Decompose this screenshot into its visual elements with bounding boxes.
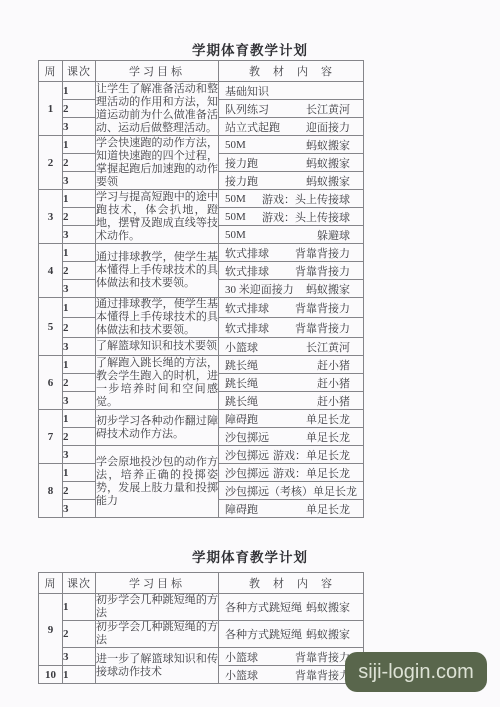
game-text: 单足长龙 bbox=[313, 483, 357, 499]
table-row: 9 1 初步学会几种跳短绳的方法 各种方式跳短绳蚂蚁搬家 bbox=[39, 594, 364, 621]
objective-cell: 学习与提高短跑中的途中跑技术，体会扒地，蹬地，摆臂及跑成直线等技术动作。 bbox=[96, 190, 219, 244]
material-text: 30 米迎面接力 bbox=[225, 281, 294, 297]
material-text: 软式排球 bbox=[225, 245, 269, 261]
content-cell: 沙包掷远游戏：单足长龙 bbox=[219, 464, 364, 482]
game-text: 赶小猪 bbox=[317, 357, 350, 373]
week-cell: 1 bbox=[39, 82, 63, 136]
content-cell: 接力跑蚂蚁搬家 bbox=[219, 172, 364, 190]
table-row: 2 1 学会快速跑的动作方法，知道快速跑的四个过程，掌握起跑后加速跑的动作要领 … bbox=[39, 136, 364, 154]
material-text: 50M bbox=[225, 193, 246, 205]
game-text: 赶小猪 bbox=[317, 393, 350, 409]
game-text: 赶小猪 bbox=[317, 375, 350, 391]
material-text: 基础知识 bbox=[225, 83, 269, 99]
game-text: 迎面接力 bbox=[306, 119, 350, 135]
teaching-plan-table-2: 周 课次 学习目标 教 材 内 容 9 1 初步学会几种跳短绳的方法 各种方式跳… bbox=[38, 572, 364, 684]
content-cell: 软式排球背靠背接力 bbox=[219, 298, 364, 318]
lesson-cell: 2 bbox=[63, 154, 96, 172]
objective-cell: 通过排球教学，使学生基本懂得上手传球技术的具体做法和技术要领。 bbox=[96, 244, 219, 298]
game-text: 背靠背接力 bbox=[295, 667, 350, 683]
week-cell: 9 bbox=[39, 594, 63, 666]
game-text: 游戏：头上传接球 bbox=[262, 209, 350, 225]
game-text: 游戏：单足长龙 bbox=[273, 447, 350, 463]
material-text: 沙包掷远 bbox=[225, 465, 269, 481]
content-cell: 50M躲避球 bbox=[219, 226, 364, 244]
week-cell: 5 bbox=[39, 298, 63, 356]
lesson-cell: 2 bbox=[63, 100, 96, 118]
objective-cell: 通过排球教学，使学生基本懂得上手传球技术的具体做法和技术要领。 bbox=[96, 298, 219, 338]
lesson-cell: 2 bbox=[63, 262, 96, 280]
lesson-cell: 2 bbox=[63, 482, 96, 500]
content-cell: 小篮球背靠背接力 bbox=[219, 648, 364, 666]
lesson-cell: 2 bbox=[63, 374, 96, 392]
page-title: 学期体育教学计划 bbox=[0, 39, 500, 59]
week-cell: 4 bbox=[39, 244, 63, 298]
lesson-cell: 1 bbox=[63, 356, 96, 374]
table-row: 3 1 学习与提高短跑中的途中跑技术，体会扒地，蹬地，摆臂及跑成直线等技术动作。… bbox=[39, 190, 364, 208]
objective-cell: 了解篮球知识和技术要领 bbox=[96, 338, 219, 356]
content-cell: 各种方式跳短绳蚂蚁搬家 bbox=[219, 621, 364, 648]
header-objective: 学习目标 bbox=[96, 573, 219, 594]
table-row: 3 了解篮球知识和技术要领 小篮球长江黄河 bbox=[39, 338, 364, 356]
week-cell: 6 bbox=[39, 356, 63, 410]
content-cell: 小篮球背靠背接力 bbox=[219, 666, 364, 684]
lesson-cell: 2 bbox=[63, 428, 96, 446]
material-text: 50M bbox=[225, 211, 246, 223]
game-text: 背靠背接力 bbox=[295, 263, 350, 279]
material-text: 跳长绳 bbox=[225, 393, 258, 409]
lesson-cell: 1 bbox=[63, 410, 96, 428]
lesson-cell: 1 bbox=[63, 136, 96, 154]
objective-cell: 学会原地投沙包的动作方法，培养正确的投掷姿势，发展上肢力量和投掷能力 bbox=[96, 446, 219, 518]
content-cell: 50M游戏：头上传接球 bbox=[219, 190, 364, 208]
game-text: 游戏：头上传接球 bbox=[262, 191, 350, 207]
material-text: 沙包掷远 bbox=[225, 429, 269, 445]
table-row: 6 1 了解跑入跳长绳的方法，教会学生跑入的时机，进一步培养时间和空间感觉。 跳… bbox=[39, 356, 364, 374]
content-cell: 沙包掷远游戏：单足长龙 bbox=[219, 446, 364, 464]
lesson-cell: 1 bbox=[63, 464, 96, 482]
content-cell: 跳长绳赶小猪 bbox=[219, 374, 364, 392]
week-cell: 7 bbox=[39, 410, 63, 464]
content-cell: 30 米迎面接力蚂蚁搬家 bbox=[219, 280, 364, 298]
game-text: 蚂蚁搬家 bbox=[306, 281, 350, 297]
content-cell: 队列练习长江黄河 bbox=[219, 100, 364, 118]
game-text: 长江黄河 bbox=[306, 101, 350, 117]
content-cell: 50M蚂蚁搬家 bbox=[219, 136, 364, 154]
content-cell: 软式排球背靠背接力 bbox=[219, 244, 364, 262]
game-text: 单足长龙 bbox=[306, 411, 350, 427]
lesson-cell: 3 bbox=[63, 280, 96, 298]
material-text: 50M bbox=[225, 229, 246, 241]
page-title-2: 学期体育教学计划 bbox=[0, 546, 500, 566]
objective-cell: 进一步了解篮球知识和传接球动作技术 bbox=[96, 648, 219, 684]
table-row: 7 1 初步学习各种动作翻过障碍技术动作方法。 障碍跑单足长龙 bbox=[39, 410, 364, 428]
lesson-cell: 3 bbox=[63, 172, 96, 190]
content-cell: 障碍跑单足长龙 bbox=[219, 410, 364, 428]
header-lesson: 课次 bbox=[63, 573, 96, 594]
week-cell: 10 bbox=[39, 666, 63, 684]
material-text: 软式排球 bbox=[225, 263, 269, 279]
lesson-cell: 1 bbox=[63, 594, 96, 621]
lesson-cell: 1 bbox=[63, 244, 96, 262]
lesson-cell: 1 bbox=[63, 82, 96, 100]
material-text: 软式排球 bbox=[225, 300, 269, 316]
content-cell: 小篮球长江黄河 bbox=[219, 338, 364, 356]
material-text: 跳长绳 bbox=[225, 357, 258, 373]
game-text: 蚂蚁搬家 bbox=[306, 626, 350, 642]
week-cell: 3 bbox=[39, 190, 63, 244]
table-header-row: 周 课次 学习目标 教 材 内 容 bbox=[39, 61, 364, 82]
header-content: 教 材 内 容 bbox=[219, 573, 364, 594]
content-cell: 沙包掷远（考核）单足长龙 bbox=[219, 482, 364, 500]
material-text: 队列练习 bbox=[225, 101, 269, 117]
header-week: 周 bbox=[39, 61, 63, 82]
game-text: 长江黄河 bbox=[306, 339, 350, 355]
content-cell: 各种方式跳短绳蚂蚁搬家 bbox=[219, 594, 364, 621]
lesson-cell: 1 bbox=[63, 190, 96, 208]
lesson-cell: 2 bbox=[63, 621, 96, 648]
game-text: 单足长龙 bbox=[306, 429, 350, 445]
objective-cell: 初步学习各种动作翻过障碍技术动作方法。 bbox=[96, 410, 219, 446]
table-row: 1 1 让学生了解准备活动和整理活动的作用和方法，知道运动前为什么做准备活动、运… bbox=[39, 82, 364, 100]
game-text: 背靠背接力 bbox=[295, 320, 350, 336]
lesson-cell: 3 bbox=[63, 226, 96, 244]
lesson-cell: 2 bbox=[63, 208, 96, 226]
lesson-cell: 1 bbox=[63, 666, 96, 684]
lesson-cell: 3 bbox=[63, 118, 96, 136]
content-cell: 跳长绳赶小猪 bbox=[219, 356, 364, 374]
game-text: 蚂蚁搬家 bbox=[306, 173, 350, 189]
game-text: 躲避球 bbox=[317, 227, 350, 243]
game-text: 游戏：单足长龙 bbox=[273, 465, 350, 481]
material-text: 小篮球 bbox=[225, 667, 258, 683]
table-header-row: 周 课次 学习目标 教 材 内 容 bbox=[39, 573, 364, 594]
material-text: 沙包掷远 bbox=[225, 447, 269, 463]
material-text: 接力跑 bbox=[225, 155, 258, 171]
table-row: 2 初步学会几种跳短绳的方法 各种方式跳短绳蚂蚁搬家 bbox=[39, 621, 364, 648]
material-text: 50M bbox=[225, 139, 246, 151]
table-row: 3 进一步了解篮球知识和传接球动作技术 小篮球背靠背接力 bbox=[39, 648, 364, 666]
game-text: 背靠背接力 bbox=[295, 245, 350, 261]
material-text: 接力跑 bbox=[225, 173, 258, 189]
material-text: 障碍跑 bbox=[225, 501, 258, 517]
lesson-cell: 3 bbox=[63, 338, 96, 356]
content-cell: 障碍跑单足长龙 bbox=[219, 500, 364, 518]
material-text: 软式排球 bbox=[225, 320, 269, 336]
material-text: 沙包掷远（考核） bbox=[225, 483, 313, 499]
material-text: 小篮球 bbox=[225, 339, 258, 355]
lesson-cell: 1 bbox=[63, 298, 96, 318]
content-cell: 软式排球背靠背接力 bbox=[219, 262, 364, 280]
material-text: 小篮球 bbox=[225, 649, 258, 665]
objective-cell: 让学生了解准备活动和整理活动的作用和方法，知道运动前为什么做准备活动、运动后做整… bbox=[96, 82, 219, 136]
material-text: 跳长绳 bbox=[225, 375, 258, 391]
content-cell: 站立式起跑迎面接力 bbox=[219, 118, 364, 136]
objective-cell: 初步学会几种跳短绳的方法 bbox=[96, 594, 219, 621]
teaching-plan-table-1: 周 课次 学习目标 教 材 内 容 1 1 让学生了解准备活动和整理活动的作用和… bbox=[38, 60, 364, 518]
material-text: 障碍跑 bbox=[225, 411, 258, 427]
content-cell: 跳长绳赶小猪 bbox=[219, 392, 364, 410]
header-objective: 学习目标 bbox=[96, 61, 219, 82]
material-text: 各种方式跳短绳 bbox=[225, 599, 302, 615]
game-text: 背靠背接力 bbox=[295, 649, 350, 665]
lesson-cell: 3 bbox=[63, 500, 96, 518]
week-cell: 8 bbox=[39, 464, 63, 518]
objective-cell: 初步学会几种跳短绳的方法 bbox=[96, 621, 219, 648]
week-cell: 2 bbox=[39, 136, 63, 190]
table-row: 4 1 通过排球教学，使学生基本懂得上手传球技术的具体做法和技术要领。 软式排球… bbox=[39, 244, 364, 262]
objective-cell: 学会快速跑的动作方法，知道快速跑的四个过程，掌握起跑后加速跑的动作要领 bbox=[96, 136, 219, 190]
lesson-cell: 3 bbox=[63, 392, 96, 410]
content-cell: 基础知识 bbox=[219, 82, 364, 100]
lesson-cell: 2 bbox=[63, 318, 96, 338]
lesson-cell: 3 bbox=[63, 446, 96, 464]
material-text: 各种方式跳短绳 bbox=[225, 626, 302, 642]
watermark-badge: siji-login.com bbox=[345, 652, 487, 692]
material-text: 站立式起跑 bbox=[225, 119, 280, 135]
game-text: 蚂蚁搬家 bbox=[306, 155, 350, 171]
game-text: 背靠背接力 bbox=[295, 300, 350, 316]
lesson-cell: 3 bbox=[63, 648, 96, 666]
watermark-text: siji-login.com bbox=[358, 661, 474, 684]
content-cell: 沙包掷远单足长龙 bbox=[219, 428, 364, 446]
objective-cell: 了解跑入跳长绳的方法，教会学生跑入的时机，进一步培养时间和空间感觉。 bbox=[96, 356, 219, 410]
header-week: 周 bbox=[39, 573, 63, 594]
content-cell: 50M游戏：头上传接球 bbox=[219, 208, 364, 226]
content-cell: 软式排球背靠背接力 bbox=[219, 318, 364, 338]
game-text: 单足长龙 bbox=[306, 501, 350, 517]
table-row: 3 学会原地投沙包的动作方法，培养正确的投掷姿势，发展上肢力量和投掷能力 沙包掷… bbox=[39, 446, 364, 464]
content-cell: 接力跑蚂蚁搬家 bbox=[219, 154, 364, 172]
table-row: 5 1 通过排球教学，使学生基本懂得上手传球技术的具体做法和技术要领。 软式排球… bbox=[39, 298, 364, 318]
game-text: 蚂蚁搬家 bbox=[306, 599, 350, 615]
game-text: 蚂蚁搬家 bbox=[306, 137, 350, 153]
header-lesson: 课次 bbox=[63, 61, 96, 82]
header-content: 教 材 内 容 bbox=[219, 61, 364, 82]
